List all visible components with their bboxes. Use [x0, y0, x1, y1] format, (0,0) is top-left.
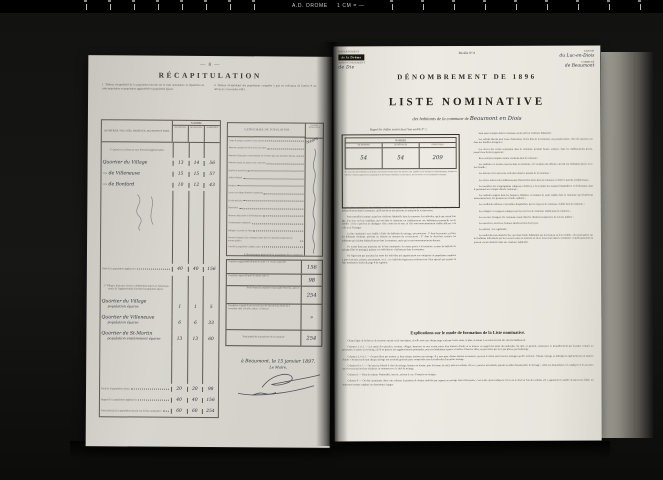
categories-value-column: Néant [304, 137, 323, 256]
commune-value-handwritten: de Beaumont [528, 64, 594, 69]
rappel-column-header: DE MÉNAGES [382, 143, 419, 147]
eparse-row: Quartier de St-Martin population entière… [100, 331, 218, 348]
total-row: Rappel de la population agglomérée 40 40… [100, 394, 218, 406]
instruction-paragraph: Sont considérés comme ayant leur résiden… [342, 216, 456, 230]
explications-paragraphs: Chaque ligne de la liste ne devra porter… [342, 339, 593, 390]
microfilm-scan-viewport: A.D. DROME 1 CM = — — 8 — RÉCAPITULATION… [0, 0, 663, 480]
ruler-tick-labels-right [390, 0, 642, 2]
eparse-row: Quartier de Villeneuve population éparse… [100, 315, 218, 332]
table-filler [101, 190, 220, 263]
category-row: Communautés religieuses [228, 222, 304, 225]
category-row: Ouvriers étrangers à la commune réunis d… [228, 238, 304, 244]
instruction-paragraph: Les malades soignés dans les hospices, h… [474, 194, 593, 201]
rappel-column-header: DE MAISONS [346, 143, 382, 147]
rappel-value-handwritten: 54 [346, 148, 382, 168]
note-population-comptee-a-part: 2. Tableau récapitulatif des populations… [214, 84, 316, 92]
neant-handwritten: Néant [305, 136, 318, 145]
ruler-tick-labels-left [84, 0, 264, 2]
category-row: Maisons d'éducation et de bienfaisance [228, 215, 304, 218]
instruction-paragraph: Les réfugiés et voyageurs employés par l… [474, 209, 593, 213]
col-individus: D'INDIVIDUS [204, 126, 220, 142]
scale-label: 1 CM = — [337, 3, 364, 9]
ruler-ticks-left [86, 4, 266, 10]
category-row: Lycées et collèges (internes seulement) [228, 192, 304, 195]
instruction-paragraph: Les aliénés ; les vagabonds ; [474, 227, 593, 231]
instruction-paragraph: Les vieillards, infirmes et incurables h… [474, 203, 593, 207]
col-menages: DE MÉNAGES [188, 126, 204, 142]
rappel-value-handwritten: 54 [382, 148, 419, 168]
archive-label: A.D. DROME [292, 3, 328, 9]
handwritten-flourish [107, 192, 167, 232]
explication-paragraph: Colonnes 6 et 7. — On inscrira d'abord l… [342, 364, 593, 372]
recensement-row: Population éparse (d'après le même cadre… [227, 274, 322, 287]
section-eparse-label: 2° Villages, hameaux, fermes et habitati… [101, 275, 219, 300]
category-row: Asiles d'aliénés [229, 177, 305, 180]
explication-paragraph: Colonne 9. — On doit mentionner dans cet… [342, 379, 593, 387]
recensement-table: Population agglomérée (d'après le cadre … [225, 259, 323, 347]
rappel-note: Il y aura lieu de rechercher la différen… [345, 171, 457, 177]
total-row: Total général de la population inscrite … [100, 405, 218, 417]
explication-paragraph: Chaque ligne de la liste ne devra porter… [342, 339, 593, 343]
instructions-left-column: La liste nominative des habitants de la … [342, 206, 456, 267]
commune-name-handwritten: Beaumont en Diois [470, 116, 522, 122]
place-date-handwritten: à Beaumont, le 15 janvier 1897. [232, 359, 324, 365]
recensement-row: Population agglomérée (d'après le cadre … [227, 260, 322, 275]
instruction-paragraph: Les individus sans domicile fixe qui n'o… [474, 233, 593, 244]
category-row: Séminaires [228, 207, 304, 210]
category-row: Maisons d'arrêt, de justice et de correc… [229, 162, 305, 165]
instruction-paragraph: Les enfants absents pour cause d'éducati… [474, 138, 593, 145]
col-maisons: DE MAISONS [173, 126, 188, 142]
recensement-title: 4. Recensement général de la population … [226, 253, 321, 257]
recensement-row: Total formant la population municipale (… [227, 286, 322, 305]
commune-subtitle: des habitants de la commune de Beaumont … [334, 116, 601, 123]
quartiers-header: QUARTIERS, VILLAGES, HAMEAUX, SECTIONS E… [102, 120, 172, 141]
rappel-box: NOMBRE DE MAISONSDE MÉNAGESD'INDIVIDUS 5… [342, 134, 460, 208]
instruction-paragraph: N'y figureront pas non plus les noms des… [342, 254, 456, 265]
instruction-paragraph: Les détenus et les prévenus renfermés da… [474, 172, 593, 176]
liste-nominative-title: LISTE NOMINATIVE [333, 96, 600, 109]
instruction-paragraph: Les élèves des écoles séjournant dans la… [474, 147, 593, 154]
instruction-paragraph: La liste nominative sera établie à l'aid… [342, 232, 456, 243]
population-table: QUARTIERS, VILLAGES, HAMEAUX, SECTIONS E… [99, 119, 221, 418]
rappel-value-handwritten: 209 [419, 148, 456, 168]
instruction-paragraph: Les membres des congrégations religieuse… [474, 184, 593, 191]
explications-title: Explications sur le mode de formation de… [334, 330, 601, 336]
agglomeree-row: — de Bonfard 10 12 43 [101, 179, 219, 191]
recensement-row: Population comptée à part en exécution d… [226, 304, 321, 331]
canton-value-handwritten: du Luc-en-Diois [528, 53, 594, 58]
mayor-signature-flourish [232, 369, 324, 400]
category-row: Corps de troupes casernés ou en caserne [229, 140, 305, 143]
population-table-header: QUARTIERS, VILLAGES, HAMEAUX, SECTIONS E… [102, 120, 220, 143]
category-row: Maisons d'éducation correctionnelle ou c… [229, 155, 305, 158]
category-row: Écoles spéciales [228, 200, 304, 203]
microfilm-header-strip: A.D. DROME 1 CM = — [0, 0, 663, 13]
instruction-paragraph: Ne seront donc pas transcrits sur la lis… [342, 245, 456, 252]
left-page-recapitulation: — 8 — RÉCAPITULATION 1. Tableau récapitu… [86, 55, 333, 448]
section-agglomeration-label: 1° Quartiers, sections ou rues formant l… [102, 142, 220, 158]
category-row: Réfugiés à la solde de l'État [228, 230, 304, 233]
instruction-paragraph: Sont aussi comptés dans la commune où il… [474, 132, 593, 136]
eparse-row: Quartier du Village population éparse 1 … [101, 299, 219, 316]
category-row: Maisons centrales de force et de correct… [229, 147, 305, 150]
right-page-liste-nominative: DÉPARTEMENT de la Drôme ARRONDISSEMENT d… [333, 46, 601, 442]
rappel-title: Rappel des chiffres insérés dans l'état … [342, 128, 456, 131]
arrondissement-value-handwritten: de Die [338, 65, 386, 70]
table-filler [100, 347, 218, 384]
agglomeree-row: — de Villeneuve 15 15 57 [102, 168, 220, 180]
total-agglomeree-row: Total de la population agglomérée 40 40 … [101, 263, 219, 276]
instruction-paragraph: Les nourrices, ouvrières, femmes attaché… [474, 221, 593, 225]
instruction-paragraph: Et ne sont pas comptés comme résidents d… [474, 157, 593, 161]
note-population-inscrite: 1. Tableau récapitulatif de la populatio… [102, 83, 204, 91]
category-row: Hospices [228, 185, 304, 188]
explication-paragraph: Colonnes 1 et 2. — Les noms des quartier… [342, 345, 593, 353]
recensement-row: Total général de la population de la com… [226, 330, 321, 346]
instructions-right-column: Sont aussi comptés dans la commune où il… [474, 132, 593, 247]
page-number: — 8 — [88, 62, 332, 69]
recapitulation-title: RÉCAPITULATION [88, 70, 332, 81]
rappel-column-header: D'INDIVIDUS [419, 143, 456, 147]
total-row: Total de la population éparse 20 20 98 [100, 383, 218, 395]
instruction-paragraph: La liste nominative des habitants de la … [342, 206, 456, 213]
denombrement-title: DÉNOMBREMENT DE 1896 [333, 73, 600, 82]
category-row: Dépôts de mendicité [229, 170, 305, 173]
instruction-paragraph: Les élèves internes des établissements d… [474, 178, 593, 182]
ruler-ticks-right [392, 4, 644, 10]
explication-paragraph: Colonnes 3, 4 et 5. — On procédera par m… [342, 354, 593, 362]
page-stack-edge [601, 52, 653, 438]
instruction-paragraph: Les ouvriers étrangers à la commune réun… [474, 215, 593, 219]
agglomeree-row: Quartier du Village 13 14 56 [102, 157, 220, 169]
categories-table: CATÉGORIES DE POPULATION NOMBRE D'INDIVI… [226, 122, 324, 257]
categories-header: CATÉGORIES DE POPULATION [228, 123, 306, 138]
instruction-paragraph: Les militaires et marins casernés dans l… [474, 163, 593, 170]
canton-commune-block: CANTON du Luc-en-Diois COMMUNE de Beaumo… [528, 50, 594, 71]
brace-squiggle [305, 147, 323, 255]
signature-block: à Beaumont, le 15 janvier 1897. Le Maire… [232, 359, 324, 400]
explication-paragraph: Colonne 8. — Dans la colonne Nationalité… [342, 373, 593, 377]
